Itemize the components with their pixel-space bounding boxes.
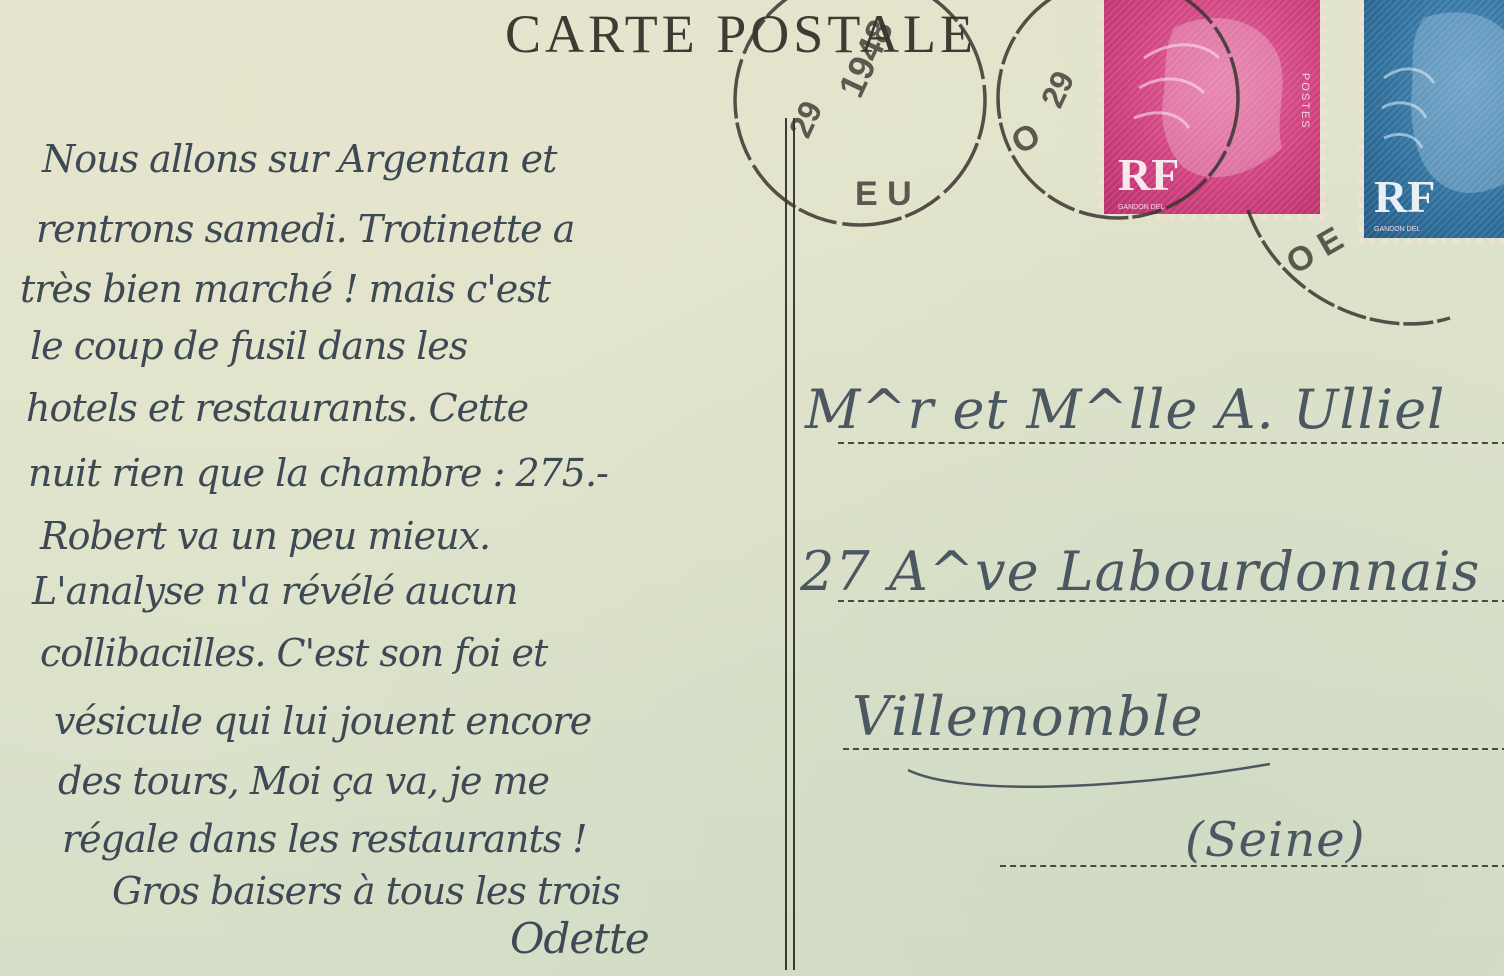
- message-line: L'analyse n'a révélé aucun: [32, 570, 518, 612]
- card-title: CARTE POSTALE: [505, 4, 977, 64]
- recipient-city: Villemomble: [852, 685, 1204, 748]
- stamp-postes-label: POSTES: [1299, 73, 1311, 130]
- message-line: des tours, Moi ça va, je me: [58, 760, 549, 802]
- stamp-pink-face: RF POSTES GANDON DEL: [1104, 0, 1320, 214]
- message-line: très bien marché ! mais c'est: [20, 268, 550, 310]
- message-line: le coup de fusil dans les: [30, 325, 467, 367]
- postmark-letter-2: O: [1005, 116, 1047, 162]
- message-line: collibacilles. C'est son foi et: [40, 632, 547, 674]
- address-line-1: [838, 442, 1504, 444]
- postmark-letters-3: O E: [1280, 220, 1350, 282]
- address-line-3: [843, 748, 1504, 750]
- postmark-date: 29: [782, 95, 830, 142]
- divider-line-right: [793, 118, 795, 970]
- message-line: Gros baisers à tous les trois: [112, 870, 620, 912]
- message-line: régale dans les restaurants !: [62, 818, 587, 860]
- stamp-blue-face: RF GANDON DEL: [1364, 0, 1504, 238]
- message-line: nuit rien que la chambre : 275.-: [28, 452, 608, 494]
- underline-flourish: [900, 758, 1300, 798]
- postmark-letters: E U: [855, 175, 912, 213]
- recipient-department: (Seine): [1185, 812, 1365, 868]
- message-line: hotels et restaurants. Cette: [26, 387, 528, 429]
- message-line: Nous allons sur Argentan et: [42, 138, 556, 180]
- message-line: vésicule qui lui jouent encore: [54, 700, 591, 742]
- stamp-rf-label: RF: [1374, 170, 1435, 223]
- stamp-pink: RF POSTES GANDON DEL: [1098, 0, 1326, 220]
- postmark-date-2: 29: [1034, 65, 1082, 112]
- message-line: Robert va un peu mieux.: [40, 515, 490, 557]
- stamp-blue: RF GANDON DEL: [1358, 0, 1504, 244]
- recipient-street: 27 A^ve Labourdonnais: [800, 540, 1480, 603]
- stamp-engraver-label: GANDON DEL: [1374, 226, 1420, 233]
- message-line: rentrons samedi. Trotinette a: [36, 208, 574, 250]
- divider-line-left: [785, 118, 787, 970]
- stamp-rf-label: RF: [1118, 148, 1179, 201]
- stamp-engraver-label: GANDON DEL: [1118, 204, 1164, 211]
- postcard: CARTE POSTALE RF POSTES GANDON DEL RF GA…: [0, 0, 1504, 976]
- signature: Odette: [510, 918, 649, 960]
- recipient-name: M^r et M^lle A. Ulliel: [805, 378, 1445, 441]
